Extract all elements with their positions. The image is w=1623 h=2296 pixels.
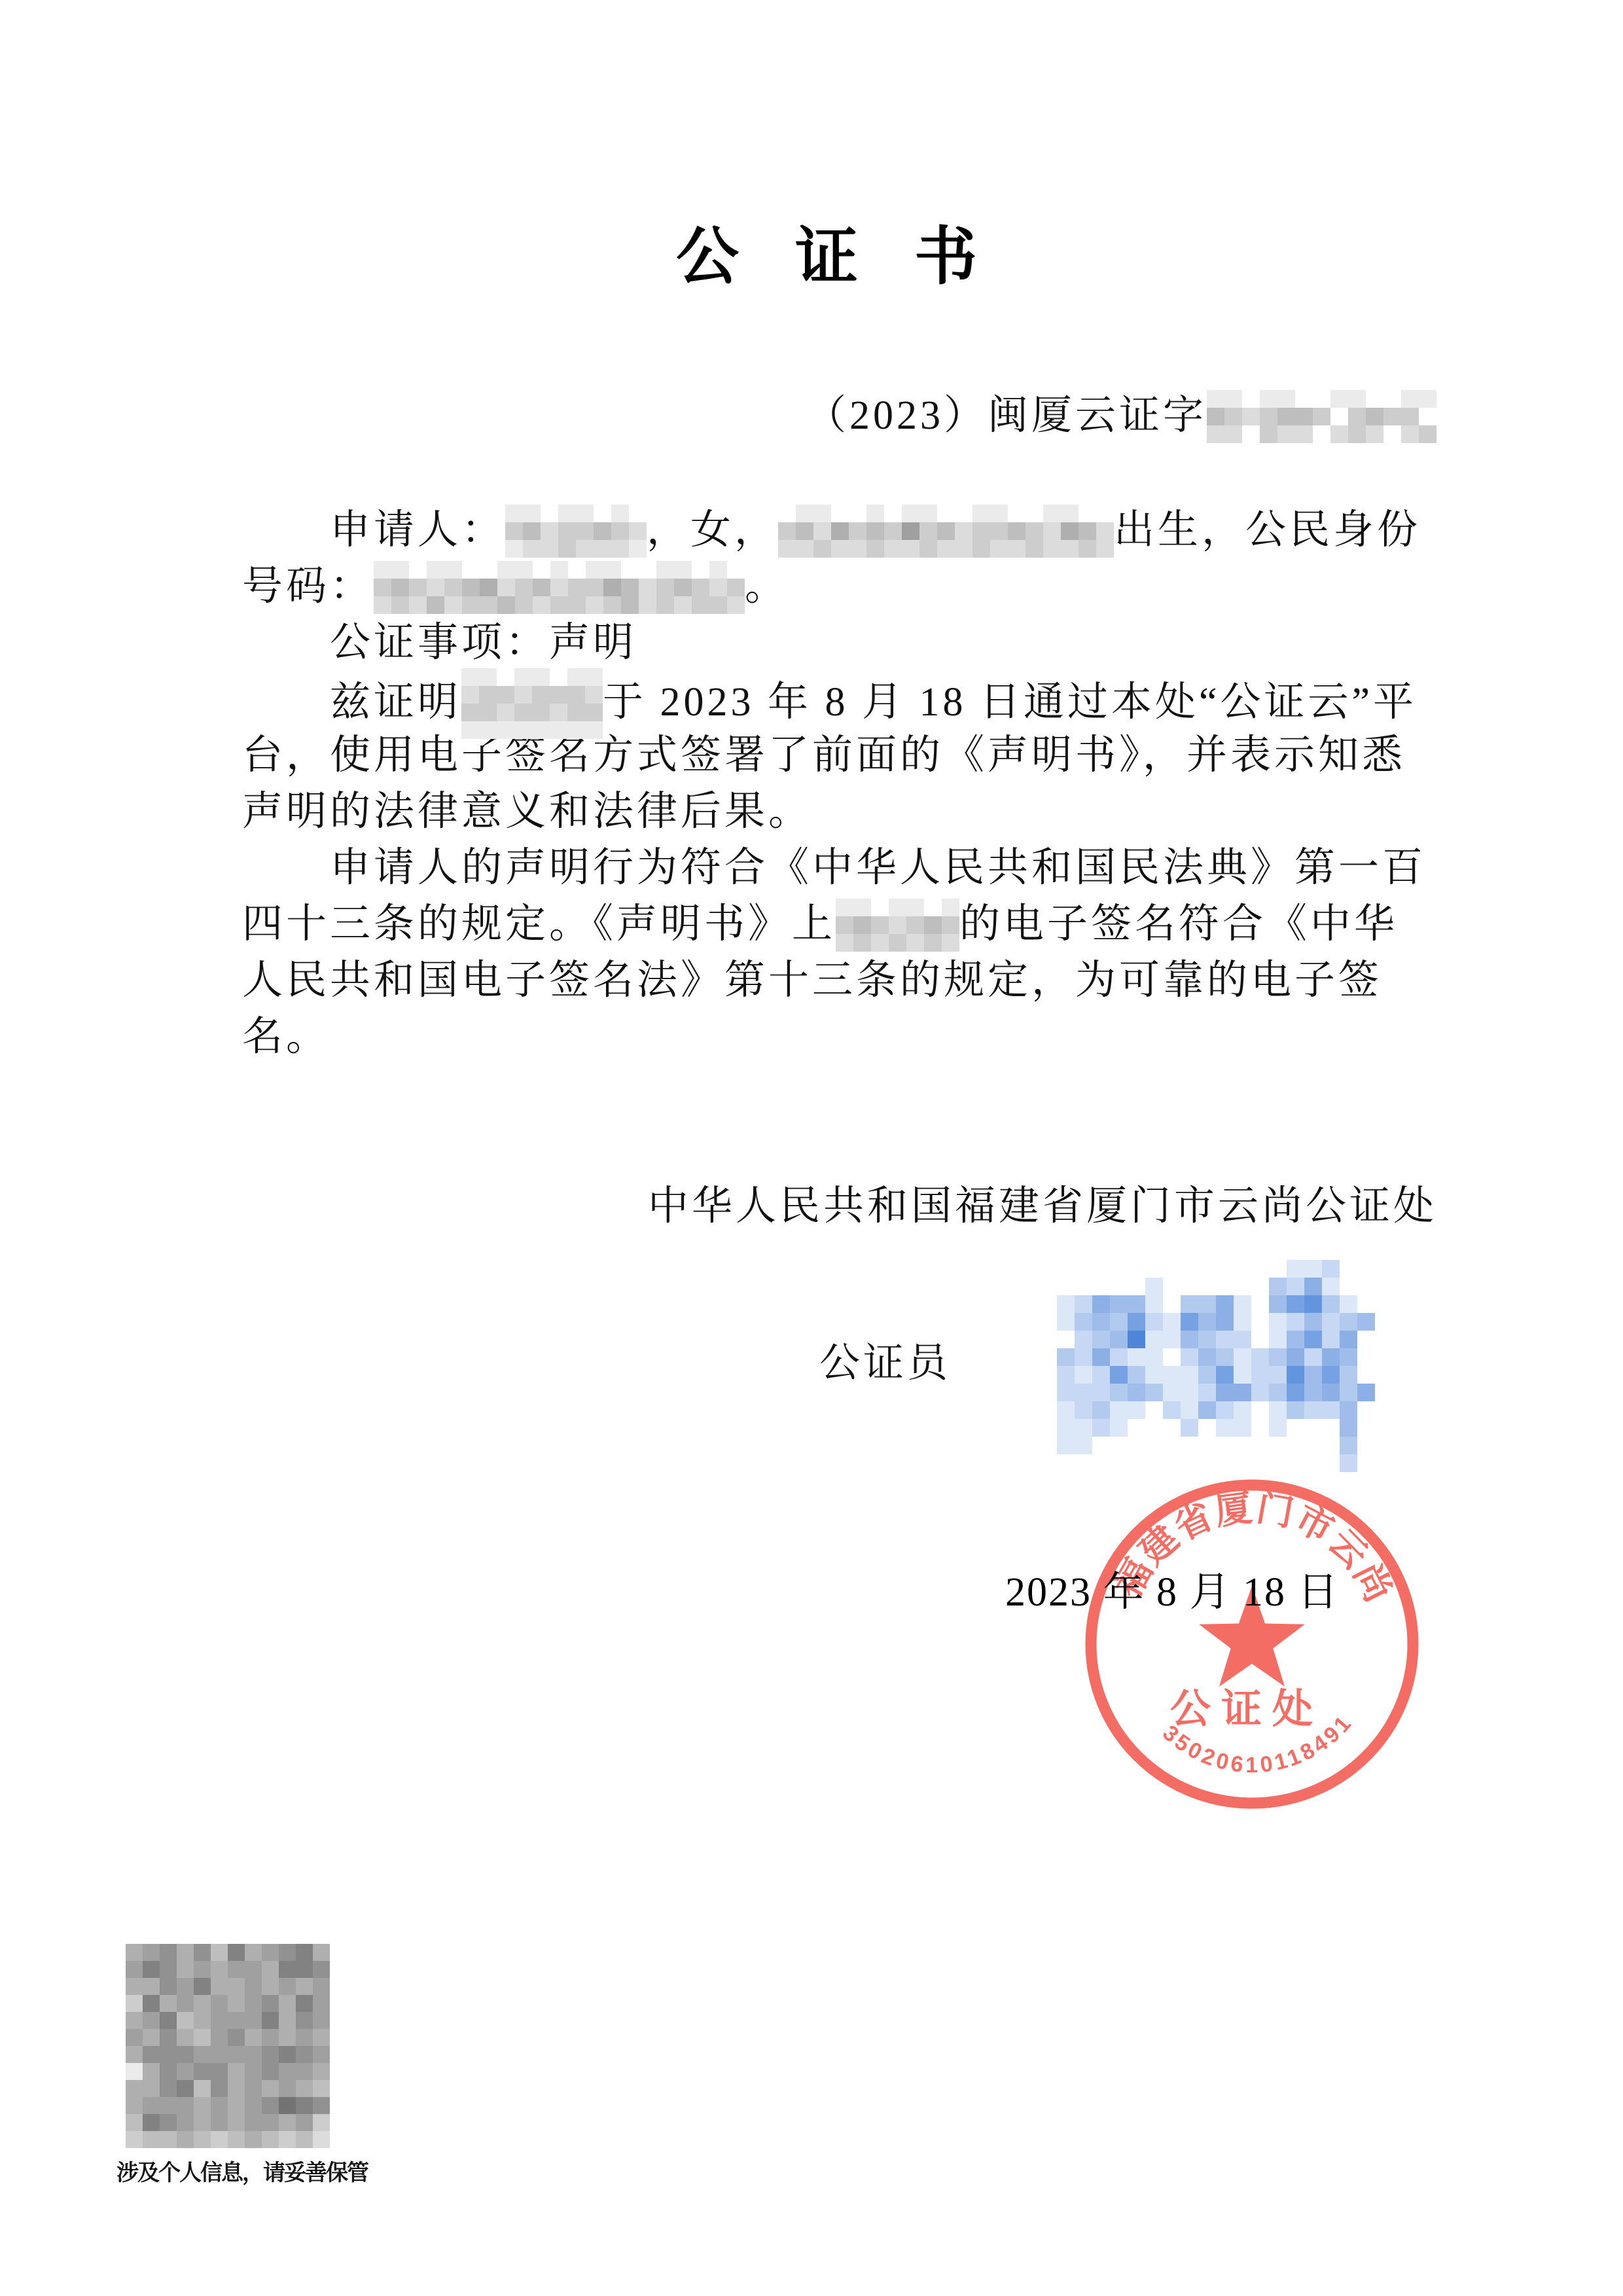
- mosaic-cell: [296, 1978, 313, 1995]
- mosaic-cell: [853, 899, 871, 916]
- mosaic-cell: [603, 579, 621, 596]
- mosaic-cell: [1340, 1454, 1357, 1472]
- mosaic-cell: [211, 2114, 228, 2131]
- mosaic-cell: [391, 596, 409, 614]
- mosaic-cell: [1216, 1366, 1234, 1384]
- mosaic-cell: [143, 2063, 160, 2080]
- mosaic-cell: [1295, 390, 1313, 408]
- mosaic-cell: [211, 2012, 228, 2029]
- mosaic-cell: [1340, 1401, 1357, 1419]
- mosaic-cell: [629, 540, 647, 558]
- mosaic-cell: [1348, 425, 1366, 443]
- mosaic-cell: [374, 596, 391, 614]
- mosaic-cell: [211, 1995, 228, 2012]
- mosaic-cell: [1304, 1348, 1322, 1366]
- mosaic-cell: [1181, 1295, 1198, 1313]
- mosaic-cell: [126, 2080, 143, 2097]
- mosaic-cell: [211, 1944, 228, 1961]
- mosaic-cell: [461, 686, 479, 704]
- mosaic-cell: [1304, 1384, 1322, 1401]
- mosaic-cell: [937, 522, 955, 540]
- mosaic-cell: [262, 2012, 279, 2029]
- mosaic-cell: [1216, 1278, 1234, 1295]
- mosaic-cell: [831, 540, 849, 558]
- mosaic-cell: [177, 2097, 194, 2114]
- mosaic-cell: [1075, 1454, 1092, 1472]
- mosaic-cell: [585, 721, 603, 739]
- mosaic-cell: [1061, 505, 1079, 522]
- mosaic-cell: [955, 505, 972, 522]
- mosaic-cell: [427, 596, 444, 614]
- mosaic-cell: [709, 596, 727, 614]
- mosaic-cell: [211, 2097, 228, 2114]
- mosaic-cell: [1163, 1348, 1181, 1366]
- notary-certificate-page: 公证书 （2023）闽厦云证字 申请人：，女，出生，公民身份号码：。公证事项：声…: [0, 0, 1623, 2296]
- mosaic-cell: [796, 540, 813, 558]
- mosaic-cell: [1075, 1419, 1092, 1437]
- mosaic-cell: [831, 505, 849, 522]
- mosaic-cell: [1079, 522, 1096, 540]
- mosaic-cell: [1357, 1401, 1375, 1419]
- mosaic-cell: [160, 1978, 177, 1995]
- mosaic-cell: [228, 1961, 245, 1978]
- mosaic-cell: [1145, 1278, 1163, 1295]
- mosaic-cell: [1366, 390, 1383, 408]
- mosaic-cell: [1340, 1295, 1357, 1313]
- mosaic-cell: [126, 2012, 143, 2029]
- mosaic-cell: [126, 1961, 143, 1978]
- mosaic-cell: [586, 579, 603, 596]
- mosaic-cell: [541, 540, 558, 558]
- mosaic-cell: [296, 2012, 313, 2029]
- mosaic-cell: [462, 561, 480, 579]
- mosaic-cell: [853, 916, 871, 934]
- mosaic-cell: [523, 505, 541, 522]
- mosaic-cell: [942, 899, 959, 916]
- mosaic-cell: [245, 2080, 262, 2097]
- mosaic-cell: [1163, 1278, 1181, 1295]
- mosaic-cell: [1181, 1348, 1198, 1366]
- body-text: 的电子签名符合《中华: [959, 902, 1398, 946]
- mosaic-cell: [1043, 505, 1061, 522]
- mosaic-cell: [1269, 1295, 1287, 1313]
- mosaic-cell: [1092, 1295, 1110, 1313]
- mosaic-cell: [550, 579, 568, 596]
- mosaic-cell: [541, 522, 558, 540]
- mosaic-cell: [558, 505, 576, 522]
- body-paragraphs: 申请人：，女，出生，公民身份号码：。公证事项：声明兹证明于 2023 年 8 月…: [242, 502, 1459, 1065]
- mosaic-cell: [1330, 390, 1348, 408]
- mosaic-cell: [1340, 1260, 1357, 1278]
- mosaic-cell: [194, 1961, 211, 1978]
- mosaic-cell: [1057, 1348, 1075, 1366]
- mosaic-cell: [1357, 1348, 1375, 1366]
- mosaic-cell: [514, 686, 532, 704]
- mosaic-cell: [1234, 1419, 1251, 1437]
- mosaic-cell: [692, 561, 709, 579]
- mosaic-cell: [942, 934, 959, 952]
- mosaic-cell: [1092, 1260, 1110, 1278]
- mosaic-cell: [576, 505, 594, 522]
- mosaic-cell: [1277, 425, 1295, 443]
- mosaic-cell: [1340, 1331, 1357, 1348]
- mosaic-cell: [1145, 1366, 1163, 1384]
- mosaic-cell: [576, 522, 594, 540]
- mosaic-cell: [409, 561, 427, 579]
- mosaic-cell: [126, 1995, 143, 2012]
- mosaic-cell: [1216, 1454, 1234, 1472]
- mosaic-cell: [262, 2097, 279, 2114]
- mosaic-cell: [1251, 1384, 1269, 1401]
- mosaic-cell: [639, 579, 656, 596]
- mosaic-cell: [1269, 1401, 1287, 1419]
- mosaic-cell: [629, 522, 647, 540]
- mosaic-cell: [1242, 408, 1260, 425]
- mosaic-cell: [1287, 1313, 1304, 1331]
- mosaic-cell: [567, 704, 585, 721]
- mosaic-cell: [279, 2046, 296, 2063]
- mosaic-cell: [533, 596, 550, 614]
- mosaic-cell: [1181, 1419, 1198, 1437]
- mosaic-cell: [558, 522, 576, 540]
- mosaic-cell: [674, 561, 692, 579]
- mosaic-cell: [639, 561, 656, 579]
- mosaic-cell: [194, 1995, 211, 2012]
- mosaic-cell: [727, 596, 745, 614]
- mosaic-cell: [1340, 1313, 1357, 1331]
- mosaic-cell: [1216, 1295, 1234, 1313]
- mosaic-cell: [1357, 1331, 1375, 1348]
- mosaic-cell: [1322, 1366, 1340, 1384]
- mosaic-cell: [611, 540, 629, 558]
- mosaic-cell: [1330, 425, 1348, 443]
- mosaic-cell: [1026, 505, 1043, 522]
- mosaic-cell: [177, 1944, 194, 1961]
- mosaic-cell: [1234, 1348, 1251, 1366]
- mosaic-cell: [1234, 1260, 1251, 1278]
- mosaic-cell: [1287, 1295, 1304, 1313]
- mosaic-cell: [1295, 408, 1313, 425]
- mosaic-cell: [211, 2063, 228, 2080]
- mosaic-cell: [279, 1961, 296, 1978]
- notary-seal: 福建省厦门市云尚 公证处 35020610118491: [1083, 1478, 1420, 1810]
- mosaic-cell: [505, 540, 523, 558]
- mosaic-cell: [1075, 1348, 1092, 1366]
- mosaic-cell: [709, 579, 727, 596]
- mosaic-cell: [1251, 1419, 1269, 1437]
- mosaic-cell: [194, 2131, 211, 2148]
- mosaic-cell: [1061, 540, 1079, 558]
- mosaic-cell: [1096, 505, 1114, 522]
- mosaic-cell: [245, 1944, 262, 1961]
- mosaic-cell: [1313, 425, 1330, 443]
- mosaic-cell: [836, 916, 853, 934]
- mosaic-cell: [853, 934, 871, 952]
- mosaic-cell: [228, 1995, 245, 2012]
- body-line: 申请人的声明行为符合《中华人民共和国民法典》第一百: [242, 840, 1459, 896]
- mosaic-cell: [1198, 1295, 1216, 1313]
- mosaic-cell: [1092, 1454, 1110, 1472]
- mosaic-cell: [444, 596, 462, 614]
- body-text: 名。: [242, 1014, 330, 1059]
- mosaic-cell: [550, 721, 567, 739]
- mosaic-cell: [813, 540, 831, 558]
- mosaic-cell: [656, 596, 674, 614]
- mosaic-cell: [594, 540, 611, 558]
- mosaic-cell: [871, 934, 889, 952]
- mosaic-cell: [211, 2131, 228, 2148]
- mosaic-cell: [778, 505, 796, 522]
- mosaic-cell: [924, 899, 942, 916]
- mosaic-cell: [1234, 1366, 1251, 1384]
- mosaic-cell: [279, 2012, 296, 2029]
- mosaic-cell: [143, 2029, 160, 2046]
- mosaic-cell: [1269, 1313, 1287, 1331]
- mosaic-cell: [621, 561, 639, 579]
- mosaic-cell: [1145, 1384, 1163, 1401]
- mosaic-cell: [1128, 1313, 1145, 1331]
- mosaic-cell: [245, 2131, 262, 2148]
- notary-signature-redacted: [1057, 1260, 1375, 1472]
- mosaic-cell: [1026, 540, 1043, 558]
- mosaic-cell: [603, 596, 621, 614]
- mosaic-cell: [1057, 1419, 1075, 1437]
- mosaic-cell: [160, 2063, 177, 2080]
- mosaic-cell: [1163, 1419, 1181, 1437]
- mosaic-cell: [1057, 1437, 1075, 1454]
- mosaic-cell: [505, 522, 523, 540]
- redaction-block: [778, 505, 1114, 558]
- mosaic-cell: [514, 668, 532, 686]
- mosaic-cell: [1242, 390, 1260, 408]
- mosaic-cell: [1057, 1313, 1075, 1331]
- mosaic-cell: [1340, 1348, 1357, 1366]
- mosaic-cell: [160, 2097, 177, 2114]
- mosaic-cell: [245, 2046, 262, 2063]
- mosaic-cell: [1224, 408, 1242, 425]
- mosaic-cell: [1322, 1331, 1340, 1348]
- mosaic-cell: [143, 1961, 160, 1978]
- mosaic-cell: [143, 1995, 160, 2012]
- mosaic-cell: [1181, 1366, 1198, 1384]
- mosaic-cell: [621, 579, 639, 596]
- certificate-number-line: （2023）闽厦云证字: [806, 387, 1436, 444]
- mosaic-cell: [1181, 1278, 1198, 1295]
- mosaic-cell: [1234, 1384, 1251, 1401]
- mosaic-cell: [1357, 1384, 1375, 1401]
- mosaic-cell: [523, 540, 541, 558]
- mosaic-cell: [1234, 1313, 1251, 1331]
- mosaic-cell: [143, 2012, 160, 2029]
- mosaic-cell: [1128, 1260, 1145, 1278]
- mosaic-cell: [228, 2131, 245, 2148]
- mosaic-cell: [1145, 1348, 1163, 1366]
- body-text: 兹证明: [330, 680, 461, 725]
- mosaic-cell: [1043, 540, 1061, 558]
- mosaic-cell: [1008, 540, 1026, 558]
- mosaic-cell: [143, 1978, 160, 1995]
- mosaic-cell: [884, 540, 902, 558]
- mosaic-cell: [1181, 1437, 1198, 1454]
- mosaic-cell: [296, 1961, 313, 1978]
- notary-office-name: 中华人民共和国福建省厦门市云尚公证处: [242, 1178, 1437, 1234]
- mosaic-cell: [262, 2131, 279, 2148]
- mosaic-cell: [1207, 425, 1224, 443]
- mosaic-cell: [889, 899, 906, 916]
- mosaic-cell: [1110, 1260, 1128, 1278]
- mosaic-cell: [1322, 1384, 1340, 1401]
- mosaic-cell: [462, 596, 480, 614]
- mosaic-cell: [126, 1944, 143, 1961]
- mosaic-cell: [160, 2029, 177, 2046]
- mosaic-cell: [1075, 1331, 1092, 1348]
- mosaic-cell: [813, 505, 831, 522]
- mosaic-cell: [778, 540, 796, 558]
- mosaic-cell: [296, 2131, 313, 2148]
- mosaic-cell: [692, 579, 709, 596]
- mosaic-cell: [1057, 1384, 1075, 1401]
- mosaic-cell: [937, 505, 955, 522]
- body-line: 名。: [242, 1009, 1459, 1065]
- mosaic-cell: [1277, 390, 1295, 408]
- mosaic-cell: [228, 2097, 245, 2114]
- mosaic-cell: [849, 540, 866, 558]
- mosaic-cell: [160, 2046, 177, 2063]
- body-text: 人民共和国电子签名法》第十三条的规定，为可靠的电子签: [242, 958, 1382, 1003]
- mosaic-cell: [296, 2097, 313, 2114]
- mosaic-cell: [211, 2080, 228, 2097]
- mosaic-cell: [1401, 408, 1419, 425]
- mosaic-cell: [143, 2097, 160, 2114]
- mosaic-cell: [279, 2080, 296, 2097]
- mosaic-cell: [444, 561, 462, 579]
- mosaic-cell: [1242, 425, 1260, 443]
- mosaic-cell: [1163, 1366, 1181, 1384]
- mosaic-cell: [1401, 390, 1419, 408]
- mosaic-cell: [1163, 1384, 1181, 1401]
- mosaic-cell: [576, 540, 594, 558]
- mosaic-cell: [1181, 1313, 1198, 1331]
- mosaic-cell: [497, 668, 514, 686]
- body-text: 号码：: [242, 564, 374, 609]
- mosaic-cell: [1340, 1278, 1357, 1295]
- mosaic-cell: [1216, 1260, 1234, 1278]
- mosaic-cell: [1419, 390, 1436, 408]
- body-text: 。: [745, 564, 789, 609]
- body-line: 申请人：，女，出生，公民身份: [242, 502, 1459, 558]
- mosaic-cell: [1322, 1260, 1340, 1278]
- mosaic-cell: [262, 2029, 279, 2046]
- mosaic-cell: [1092, 1437, 1110, 1454]
- mosaic-cell: [194, 2097, 211, 2114]
- mosaic-cell: [1340, 1419, 1357, 1437]
- mosaic-cell: [586, 596, 603, 614]
- mosaic-cell: [1251, 1454, 1269, 1472]
- mosaic-cell: [611, 522, 629, 540]
- mosaic-cell: [245, 2063, 262, 2080]
- mosaic-cell: [177, 2080, 194, 2097]
- mosaic-cell: [126, 2114, 143, 2131]
- privacy-note: 涉及个人信息，请妥善保管: [116, 2155, 368, 2187]
- mosaic-cell: [1224, 390, 1242, 408]
- mosaic-cell: [1145, 1437, 1163, 1454]
- mosaic-cell: [313, 2063, 330, 2080]
- mosaic-cell: [1057, 1331, 1075, 1348]
- mosaic-cell: [1043, 522, 1061, 540]
- mosaic-cell: [1251, 1348, 1269, 1366]
- mosaic-cell: [972, 505, 990, 522]
- mosaic-cell: [532, 686, 550, 704]
- mosaic-cell: [1128, 1348, 1145, 1366]
- mosaic-cell: [1269, 1260, 1287, 1278]
- mosaic-cell: [211, 1978, 228, 1995]
- mosaic-cell: [889, 916, 906, 934]
- mosaic-cell: [245, 1995, 262, 2012]
- mosaic-cell: [906, 899, 924, 916]
- mosaic-cell: [479, 668, 497, 686]
- mosaic-cell: [313, 1978, 330, 1995]
- mosaic-cell: [391, 579, 409, 596]
- mosaic-cell: [990, 540, 1008, 558]
- mosaic-cell: [778, 522, 796, 540]
- mosaic-cell: [567, 686, 585, 704]
- mosaic-cell: [532, 704, 550, 721]
- body-text: 出生，公民身份: [1114, 508, 1421, 552]
- body-line: 公证事项：声明: [242, 615, 1459, 671]
- mosaic-cell: [558, 540, 576, 558]
- mosaic-cell: [444, 579, 462, 596]
- mosaic-cell: [1145, 1419, 1163, 1437]
- mosaic-cell: [1128, 1366, 1145, 1384]
- mosaic-cell: [937, 540, 955, 558]
- mosaic-cell: [796, 522, 813, 540]
- mosaic-cell: [1092, 1313, 1110, 1331]
- mosaic-cell: [1322, 1454, 1340, 1472]
- mosaic-cell: [1163, 1331, 1181, 1348]
- mosaic-cell: [836, 934, 853, 952]
- mosaic-cell: [296, 1944, 313, 1961]
- mosaic-cell: [245, 1961, 262, 1978]
- mosaic-cell: [990, 522, 1008, 540]
- mosaic-cell: [1287, 1260, 1304, 1278]
- redaction-block: [505, 505, 647, 558]
- mosaic-cell: [1269, 1454, 1287, 1472]
- mosaic-cell: [279, 1978, 296, 1995]
- mosaic-cell: [228, 2029, 245, 2046]
- mosaic-cell: [550, 596, 568, 614]
- mosaic-cell: [245, 2114, 262, 2131]
- mosaic-cell: [1357, 1454, 1375, 1472]
- mosaic-cell: [902, 505, 919, 522]
- mosaic-cell: [391, 561, 409, 579]
- mosaic-cell: [126, 2046, 143, 2063]
- mosaic-cell: [177, 2012, 194, 2029]
- body-text: 台，使用电子签名方式签署了前面的《声明书》，并表示知悉: [242, 733, 1406, 778]
- mosaic-cell: [1128, 1331, 1145, 1348]
- mosaic-cell: [177, 2063, 194, 2080]
- mosaic-cell: [160, 1961, 177, 1978]
- mosaic-cell: [515, 561, 533, 579]
- mosaic-cell: [1340, 1366, 1357, 1384]
- mosaic-cell: [1322, 1295, 1340, 1313]
- mosaic-cell: [1110, 1331, 1128, 1348]
- mosaic-cell: [497, 686, 514, 704]
- mosaic-cell: [245, 2012, 262, 2029]
- mosaic-cell: [1260, 425, 1277, 443]
- redaction-block: [461, 668, 603, 739]
- mosaic-cell: [568, 561, 586, 579]
- seal-bottom-text: 公证处: [1170, 1687, 1323, 1732]
